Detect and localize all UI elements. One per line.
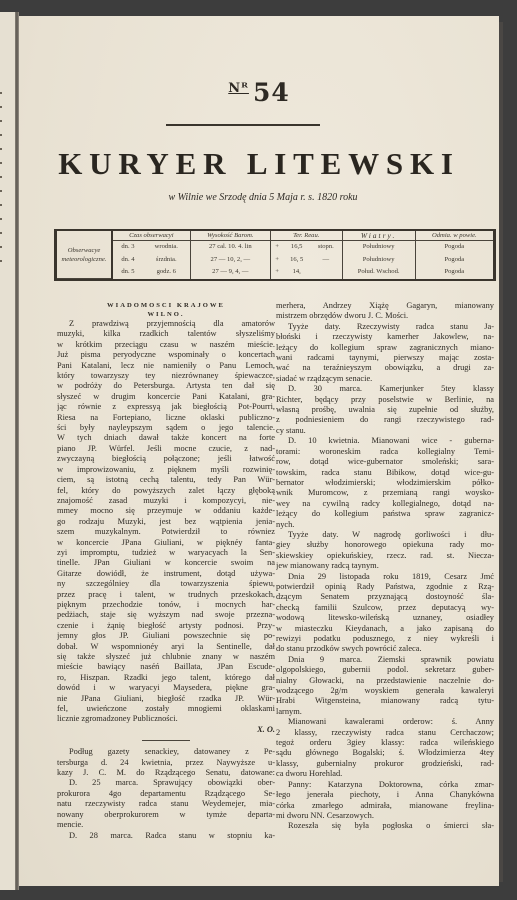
text-line: row, dotąd wice-gubernator smoleński; sa… xyxy=(276,457,494,467)
text-line: mmey mocno się przeymuje w oddaniu każde… xyxy=(57,506,275,516)
text-line: jąc równie z expressyą jak biegłością Po… xyxy=(57,402,275,412)
text-line: Mianowani kawalerami orderow: ś. Anny xyxy=(276,717,494,727)
cell-day: dn. 5 xyxy=(112,266,143,278)
left-article-body: Z prawdziwą przyjemnością dla amatorówmu… xyxy=(57,319,275,725)
text-line: merhera, Andrzey Xiążę Gagaryn, mianowan… xyxy=(276,301,494,311)
text-line: muzyki, kilka rzadkich talentów słyszeli… xyxy=(57,329,275,339)
text-line: Dnia 9 marca. Ziemski sprawnik powiatu xyxy=(276,655,494,665)
text-line: dzącym Senatem przyznającą dostoyność śl… xyxy=(276,592,494,602)
text-line: błoński i rzeczywisty kamerher Jakowlew,… xyxy=(276,332,494,342)
weather-row: dn. 3 wrodnia. 27 cal. 10. 4. lin + 16,5… xyxy=(56,241,495,254)
cell-barometer: 27 cal. 10. 4. lin xyxy=(190,241,270,254)
issue-number: Nᴿ54 xyxy=(19,78,499,107)
text-line: Rozeszła się była pogłoska o śmierci sła… xyxy=(276,821,494,831)
text-line: łego jenerała piechoty, i Anna Chanykówn… xyxy=(276,790,494,800)
text-line: w krótkim przeciągu czasu w naszém mieśc… xyxy=(57,340,275,350)
text-line: Hrabi Witgensteina, mianowany radcą tytu… xyxy=(276,696,494,706)
text-line: nych. xyxy=(276,520,494,530)
issue-prefix: Nᴿ xyxy=(228,81,249,96)
text-line: 2 klassy, rzeczywisty radca stanu Cercha… xyxy=(276,728,494,738)
text-line: skiewskiey opiekuńskiey, rzecz. rad. st.… xyxy=(276,551,494,561)
text-line: bernator włodzimierski; włodzimierskim p… xyxy=(276,478,494,488)
text-line: ny szczególniey dla towarzyszenia śpiewu… xyxy=(57,579,275,589)
text-line: pedżiach, staje się wyższym nad swoje pr… xyxy=(57,610,275,620)
text-line: mi dworu NN. Cesarzowych. xyxy=(276,811,494,821)
text-line: W tych dniach dawał także koncert na for… xyxy=(57,433,275,443)
text-line: zyi impromptu, tudzież w waryacyach la S… xyxy=(57,548,275,558)
text-line: licznie zgromadzoney Publiczności. xyxy=(57,714,275,724)
text-line: nialny Głowacki, na przedstawienie nacze… xyxy=(276,676,494,686)
text-line: zwyczayną biegłością połączone; jeśli ła… xyxy=(57,454,275,464)
cell-sky: Pogoda xyxy=(415,266,494,278)
text-line: się także słyszeć już chlubnie znany w n… xyxy=(57,652,275,662)
text-line: Podług gazety senackiey, datowaney z Pe- xyxy=(57,747,275,757)
header-barometer: Wysokość Barom. xyxy=(190,231,270,241)
text-line: leżący do kollegium spraw zagranicznych … xyxy=(276,343,494,353)
text-line: Już pisma peryodyczne wspominały o konce… xyxy=(57,350,275,360)
text-line: siadać w rządzącym senacie. xyxy=(276,374,494,384)
cell-unit: — xyxy=(310,254,342,266)
text-line: Pani Katalani, lecz nie namieniły o Panu… xyxy=(57,361,275,371)
cell-sign: + xyxy=(270,254,283,266)
text-line: który towarzyszy tey niezrównaney śpiewa… xyxy=(57,371,275,381)
text-line: D. 10 kwietnia. Mianowani wice - guberna… xyxy=(276,436,494,446)
cell-temp: 14, xyxy=(283,266,310,278)
text-line: wnik Muromcow, z przemianą rangi woysko- xyxy=(276,488,494,498)
masthead-title: KURYER LITEWSKI xyxy=(19,146,499,182)
text-line: wey na cywilną radcy kollegialnego, dotą… xyxy=(276,499,494,509)
weather-row-label: Obserwacye meteorologiczne. xyxy=(56,231,113,279)
weather-table-header: Obserwacye meteorologiczne. Czas obserwa… xyxy=(56,231,495,241)
text-line: czenie i żąnię biegłość artysty podnosi.… xyxy=(57,621,275,631)
text-line: rewizyi podatku podusznego, z niey wykre… xyxy=(276,634,494,644)
text-line: D. 28 marca. Radca stanu w stopniu ka- xyxy=(57,831,275,841)
text-line: przez pracę i talent, w trudnych przesko… xyxy=(57,590,275,600)
header-sky: Odmia. w powie. xyxy=(415,231,494,241)
text-line: dobał. W wspomnionéy aryi la Sentinelle,… xyxy=(57,642,275,652)
cell-day: dn. 3 xyxy=(112,241,143,254)
left-decree-body: Podług gazety senackiey, datowaney z Pe-… xyxy=(57,747,275,841)
cell-sky: Pogoda xyxy=(415,241,494,254)
weather-row: dn. 5 godz. 6 27 — 9, 4, — + 14, Połud. … xyxy=(56,266,495,278)
text-line: dowód i w waryacyi Maysedera, piękne gra… xyxy=(57,683,275,693)
weather-row: dn. 4 śrzdnia. 27 — 10, 2, — + 16, 5 — P… xyxy=(56,254,495,266)
cell-sign: + xyxy=(270,241,283,254)
text-line: prokurora 4go departamentu Rządzącego Se… xyxy=(57,789,275,799)
cell-wind: Południowy xyxy=(342,254,415,266)
weather-observations-table: Obserwacye meteorologiczne. Czas obserwa… xyxy=(54,229,496,281)
text-line: wać na teraźnieyszym obowiązku, a drugi … xyxy=(276,363,494,373)
cell-wind: Południowy xyxy=(342,241,415,254)
title-divider xyxy=(166,124,320,126)
cell-barometer: 27 — 9, 4, — xyxy=(190,266,270,278)
header-thermometer: Ter. Reau. xyxy=(270,231,342,241)
text-line: natu rzeczywisty radca stanu Weydemejer,… xyxy=(57,799,275,809)
text-line: do stanu przodków swych powrócić zaleca. xyxy=(276,644,494,654)
text-line: ciem, są istotną cechą talentu, tedy Pan… xyxy=(57,475,275,485)
cell-time: śrzdnia. xyxy=(143,254,190,266)
text-line: klassy, gubernialny prokuror grodzieński… xyxy=(276,759,494,769)
text-line: mistrzem obrzędów dworu J. C. Mości. xyxy=(276,311,494,321)
article-signature: X. O. xyxy=(257,725,275,735)
right-column: merhera, Andrzey Xiążę Gagaryn, mianowan… xyxy=(276,301,494,832)
issue-number-value: 54 xyxy=(253,78,290,107)
text-line: nowany oberprokurorem w tymże departa- xyxy=(57,810,275,820)
place-heading: WILNO. xyxy=(57,310,275,319)
cell-temp: 16,5 xyxy=(283,241,310,254)
cell-temp: 16, 5 xyxy=(283,254,310,266)
text-line: ści były nayleypszym sądem o jego talenc… xyxy=(57,423,275,433)
newspaper-page: Nᴿ54 KURYER LITEWSKI w Wilnie we Srzodę … xyxy=(19,16,499,886)
cell-time: godz. 6 xyxy=(143,266,190,278)
text-line: Riesa na Fortepiano, liczne oklaski publ… xyxy=(57,413,275,423)
text-line: kazy J. C. M. do Rządzącego Senatu, dato… xyxy=(57,768,275,778)
text-line: wodową litewsko-wileńską uznaney, osiadł… xyxy=(276,613,494,623)
text-line: jew mianowany radcą taynym. xyxy=(276,561,494,571)
text-line: fel, który do powyższych zalet łączy głę… xyxy=(57,486,275,496)
text-line: z podniesieniem do rangi rzeczywistego r… xyxy=(276,415,494,425)
article-separator xyxy=(142,740,190,741)
text-line: tersburga d. 24 kwietnia, przez Naywyższ… xyxy=(57,758,275,768)
text-line: Richter, będący przy poselstwie w Berlin… xyxy=(276,395,494,405)
cell-unit: stopn. xyxy=(310,241,342,254)
cell-day: dn. 4 xyxy=(112,254,143,266)
text-line: D. 30 marca. Kamerjunker 5tey klassy xyxy=(276,384,494,394)
text-line: Panny: Katarzyna Doktorowna, córka zmar- xyxy=(276,780,494,790)
text-line: Tyyże daty. Rzeczywisty radca stanu Ja- xyxy=(276,322,494,332)
text-line: ro, Hiszpan. Rzadki jego talent, którego… xyxy=(57,673,275,683)
text-line: znajomość zasad muzyki i kompozycyi, nie… xyxy=(57,496,275,506)
text-line: fel, uwieńczone zostały mnogiemi oklaska… xyxy=(57,704,275,714)
right-article-body: merhera, Andrzey Xiążę Gagaryn, mianowan… xyxy=(276,301,494,832)
dateline: w Wilnie we Srzodę dnia 5 Maja r. s. 182… xyxy=(19,192,499,203)
text-line: jemny głos JP. Giuliani powszechnie się … xyxy=(57,631,275,641)
text-line: Tyyże daty. W nagrodę gorliwości i dłu- xyxy=(276,530,494,540)
header-time: Czas obserwacyi xyxy=(112,231,190,241)
text-line: torami: woroneskim radca kollegialny Tem… xyxy=(276,447,494,457)
cell-time: wrodnia. xyxy=(143,241,190,254)
section-heading: WIADOMOSCI KRAJOWE xyxy=(57,301,275,310)
text-line: ca dworu Horehlad. xyxy=(276,769,494,779)
cell-sign: + xyxy=(270,266,283,278)
text-line: w improwizowaniu, z pięknem myśli rozwin… xyxy=(57,465,275,475)
text-line: potwierdził opinią Rady Państwa, zgodnie… xyxy=(276,582,494,592)
cell-unit xyxy=(310,266,342,278)
text-line: mencie. xyxy=(57,820,275,830)
text-line: wani radcami taynymi, pierwszy mając zos… xyxy=(276,353,494,363)
text-line: larnym. xyxy=(276,707,494,717)
cell-sky: Pogoda xyxy=(415,254,494,266)
text-line: cy stanu. xyxy=(276,426,494,436)
text-line: giey służby honorowego opiekuna rady mo- xyxy=(276,540,494,550)
text-line: checką familii Szulcow, przez deputacyą … xyxy=(276,603,494,613)
header-winds: Wiatry. xyxy=(342,231,415,241)
text-line: leżący do kollegium państwa spraw zagran… xyxy=(276,509,494,519)
previous-page-text-fragments xyxy=(0,92,4,274)
text-line: Gitarze dowiódł, że instrument, dotąd uż… xyxy=(57,569,275,579)
text-line: Dnia 29 listopada roku 1819, Cesarz Jmć xyxy=(276,572,494,582)
text-line: D. 25 marca. Sprawujący obowiązki ober- xyxy=(57,778,275,788)
text-line: Z prawdziwą przyjemnością dla amatorów xyxy=(57,319,275,329)
text-line: pięknym przechodzie tonów, i mocnych har… xyxy=(57,600,275,610)
cell-wind: Połud. Wschod. xyxy=(342,266,415,278)
text-line: olgopolskiego, gubernii podol. sekretarz… xyxy=(276,665,494,675)
left-column: WIADOMOSCI KRAJOWE WILNO. Z prawdziwą pr… xyxy=(57,301,275,841)
text-line: w miasteczku Kieydanach, a jako zapisaną… xyxy=(276,624,494,634)
text-line: szem muzykalnym. Potwierdził to równiez xyxy=(57,527,275,537)
text-line: słyszeć w drugim koncercie Pani Katalani… xyxy=(57,392,275,402)
text-line: towskim, radca stanu Bibikow, dotąd wice… xyxy=(276,468,494,478)
text-line: sądu głównego Bogalski; ś. Włodzimierza … xyxy=(276,748,494,758)
text-line: w podróży do Petersburga. Artysta ten da… xyxy=(57,381,275,391)
text-line: wodzącego 2g/m woyskiem generała kawaler… xyxy=(276,686,494,696)
text-line: nie JPana Giuliani, biegłość rzadka JP. … xyxy=(57,694,275,704)
text-line: tinelle. JPan Giuliani w koncercie swoim… xyxy=(57,558,275,568)
text-line: tegoż orderu 3giey klassy: radca wileńsk… xyxy=(276,738,494,748)
text-line: go rodzaju Muzyki, jest bez wątpienia je… xyxy=(57,517,275,527)
text-line: mieście bawiący naséń Baillata, JPan Esc… xyxy=(57,662,275,672)
text-line: własną prośbę, uwalnia się zupełnie od s… xyxy=(276,405,494,415)
cell-barometer: 27 — 10, 2, — xyxy=(190,254,270,266)
previous-page-edge xyxy=(0,12,15,890)
text-line: piano JP. Würfel. Jeśli mocne czucie, z … xyxy=(57,444,275,454)
text-line: w koncercie JPana Giuliani, w pięknéy fa… xyxy=(57,538,275,548)
text-line: córka zmarłego admirała, mianowane freyl… xyxy=(276,801,494,811)
